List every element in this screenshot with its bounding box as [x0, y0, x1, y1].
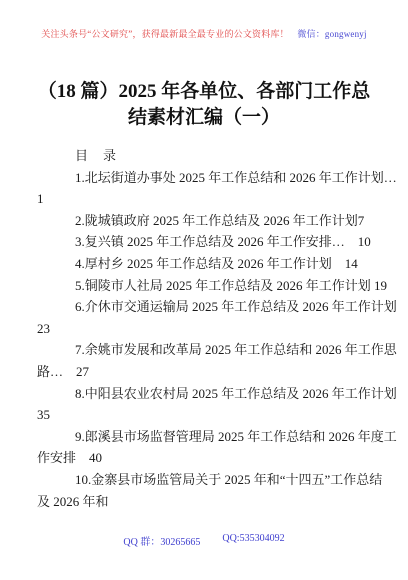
toc-entry-page-line: 1 — [37, 188, 382, 210]
toc-entry: 6.介休市交通运输局 2025 年工作总结及 2026 年工作计划 23 — [37, 296, 382, 339]
footer-qq-group: QQ 群：30265665 — [123, 533, 200, 548]
toc-entry-page-line: 作安排 40 — [37, 447, 382, 469]
document-title-line1: （18 篇）2025 年各单位、各部门工作总 — [0, 79, 408, 105]
footer-contacts: QQ 群：30265665 QQ:535304092 — [0, 533, 408, 548]
toc-entry-line: 6.介休市交通运输局 2025 年工作总结及 2026 年工作计划 — [37, 296, 382, 318]
toc-heading: 目 录 — [37, 145, 382, 167]
toc-entry-page-line: 及 2026 年和 — [37, 491, 382, 513]
toc-entry: 9.郎溪县市场监督管理局 2025 年工作总结和 2026 年度工 作安排 40 — [37, 426, 382, 469]
toc-entry-page-line: 23 — [37, 318, 382, 340]
toc-entry: 2.陇城镇政府 2025 年工作总结及 2026 年工作计划7 — [37, 210, 382, 232]
toc-entry-line: 7.余姚市发展和改革局 2025 年工作总结和 2026 年工作思 — [37, 339, 382, 361]
footer-qq: QQ:535304092 — [222, 533, 284, 548]
toc-entry: 10.金寨县市场监管局关于 2025 年和“十四五”工作总结 及 2026 年和 — [37, 469, 382, 512]
document-title: （18 篇）2025 年各单位、各部门工作总 结素材汇编（一） — [0, 79, 408, 131]
toc-entry: 5.铜陵市人社局 2025 年工作总结及 2026 年工作计划 19 — [37, 275, 382, 297]
toc-entry-line: 8.中阳县农业农村局 2025 年工作总结及 2026 年工作计划 — [37, 383, 382, 405]
toc-entry-page-line: 35 — [37, 404, 382, 426]
toc-entry-line: 4.厚村乡 2025 年工作总结及 2026 年工作计划 14 — [37, 253, 382, 275]
header-banner: 关注头条号“公文研究”，获得最新最全最专业的公文资料库！ 微信：gongweny… — [0, 27, 408, 40]
table-of-contents: 目 录 1.北坛街道办事处 2025 年工作总结和 2026 年工作计划… 1 … — [37, 145, 382, 512]
header-wechat-contact: 微信：gongwenyj — [297, 29, 366, 39]
header-promo-text: 关注头条号“公文研究”，获得最新最全最专业的公文资料库！ — [41, 29, 289, 39]
toc-entry: 4.厚村乡 2025 年工作总结及 2026 年工作计划 14 — [37, 253, 382, 275]
document-title-line2: 结素材汇编（一） — [0, 105, 408, 131]
toc-entry-line: 10.金寨县市场监管局关于 2025 年和“十四五”工作总结 — [37, 469, 382, 491]
toc-entry-line: 2.陇城镇政府 2025 年工作总结及 2026 年工作计划7 — [37, 210, 382, 232]
toc-entry: 7.余姚市发展和改革局 2025 年工作总结和 2026 年工作思 路… 27 — [37, 339, 382, 382]
toc-entry-page-line: 路… 27 — [37, 361, 382, 383]
toc-entry: 1.北坛街道办事处 2025 年工作总结和 2026 年工作计划… 1 — [37, 167, 382, 210]
toc-entry-line: 5.铜陵市人社局 2025 年工作总结及 2026 年工作计划 19 — [37, 275, 382, 297]
toc-entry-line: 1.北坛街道办事处 2025 年工作总结和 2026 年工作计划… — [37, 167, 382, 189]
document-page: 关注头条号“公文研究”，获得最新最全最专业的公文资料库！ 微信：gongweny… — [0, 0, 408, 580]
toc-entry-line: 9.郎溪县市场监督管理局 2025 年工作总结和 2026 年度工 — [37, 426, 382, 448]
toc-entry: 8.中阳县农业农村局 2025 年工作总结及 2026 年工作计划 35 — [37, 383, 382, 426]
toc-entry: 3.复兴镇 2025 年工作总结及 2026 年工作安排… 10 — [37, 231, 382, 253]
toc-entry-line: 3.复兴镇 2025 年工作总结及 2026 年工作安排… 10 — [37, 231, 382, 253]
